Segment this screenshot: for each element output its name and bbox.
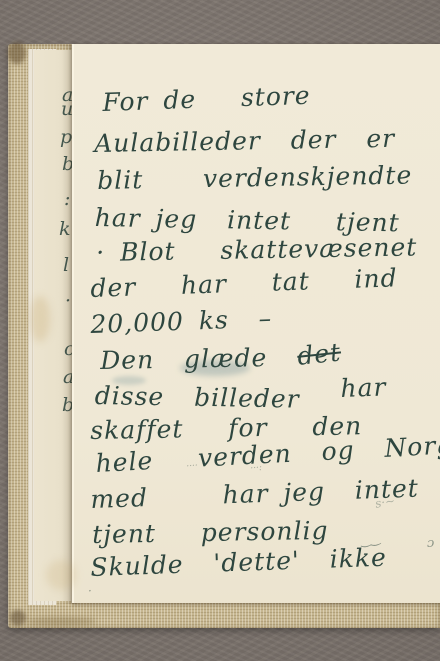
- photo-stage: aupb:kl·cab For de storeAulabilleder der…: [0, 0, 440, 661]
- notebook: aupb:kl·cab: [8, 44, 440, 628]
- main-page: [72, 44, 440, 603]
